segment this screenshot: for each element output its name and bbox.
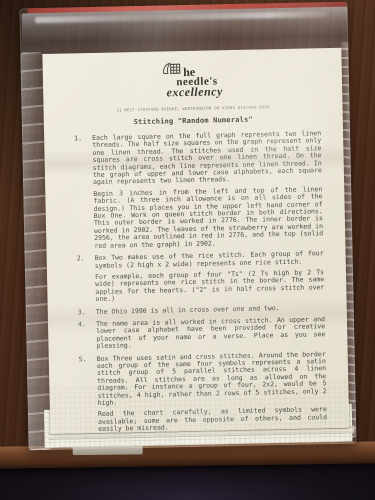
letterhead: he needle's excellency 31 WEST STAFFORD … [42,48,342,128]
brand-logo: he needle's excellency [162,60,223,97]
paragraph: Begin 3 inches in from the left and top … [93,186,323,250]
graph-grid-showthrough [49,382,349,434]
paper-fold-shadow [48,298,348,334]
needle-hand-ornament-icon [162,61,182,77]
instruction-sheet: he needle's excellency 31 WEST STAFFORD … [42,48,349,434]
list-item: 2. Box Two makes use of the rice stitch.… [77,250,325,304]
brand-word-3: excellency [166,86,223,97]
letterhead-address: 31 WEST STAFFORD AVENUE, WORTHINGTON OH … [44,103,343,114]
document-title: Stitching "Random Numerals" [44,114,343,128]
bag-bottom-fold [73,445,143,455]
plastic-bag: he needle's excellency 31 WEST STAFFORD … [19,2,356,451]
plastic-gleam [35,11,328,23]
item-number: 2. [77,255,96,304]
paragraph: Box Two makes use of the rice stitch. Ea… [95,250,324,270]
